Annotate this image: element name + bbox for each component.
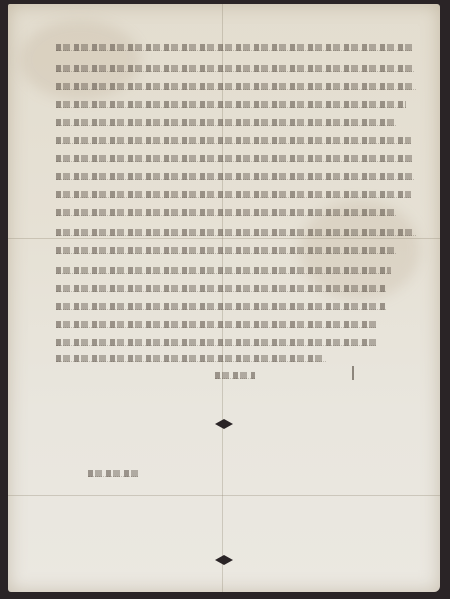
text-line	[56, 339, 376, 346]
text-line	[56, 83, 416, 90]
text-line	[56, 209, 396, 216]
text-line	[56, 285, 386, 292]
text-line	[56, 173, 414, 180]
text-line	[56, 247, 396, 254]
text-line	[56, 191, 411, 198]
text-line	[56, 65, 414, 72]
fold-crease-vertical	[222, 4, 223, 592]
text-line	[56, 229, 416, 236]
text-line	[56, 303, 386, 310]
text-line	[56, 119, 396, 126]
text-line	[56, 44, 412, 51]
signature	[352, 366, 384, 380]
endorsement	[88, 470, 138, 477]
text-line	[56, 155, 412, 162]
text-line	[56, 101, 406, 108]
text-line	[56, 267, 391, 274]
text-line	[56, 355, 326, 362]
fold-crease-horizontal	[8, 238, 440, 239]
text-line	[56, 137, 411, 144]
fold-crease-horizontal	[8, 495, 440, 496]
text-line	[56, 321, 376, 328]
text-line	[215, 372, 255, 379]
